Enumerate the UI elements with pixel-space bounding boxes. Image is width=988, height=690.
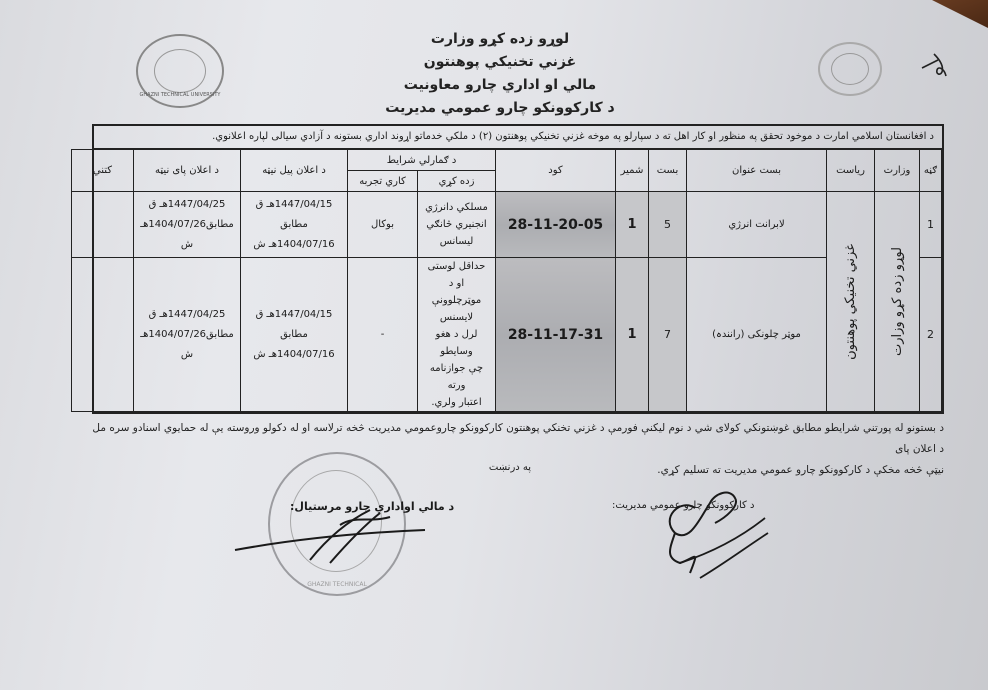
education-line: ليسانس bbox=[424, 233, 489, 250]
ministry-cell: لوړو زده کړو وزارت bbox=[875, 192, 920, 412]
education-line: لرل د هغو وسايطو bbox=[424, 326, 489, 360]
header-directorate: د کارکوونکو چارو عمومي مديريت bbox=[350, 97, 650, 120]
header-university: غزني تخنيکي پوهنتون bbox=[350, 51, 650, 74]
stamp-caption: GHAZNI TECHNICAL bbox=[270, 581, 404, 588]
count: 1 bbox=[616, 258, 649, 412]
date-line: 1404/07/16هـ ش bbox=[241, 235, 347, 255]
handwritten-mark-icon bbox=[920, 50, 950, 80]
presidency-cell: غزني تخنيکي پوهنتون bbox=[827, 192, 875, 412]
table-intro: د افغانستان اسلامي امارت د موخود تحقق په… bbox=[94, 126, 942, 149]
header-notes: کتني bbox=[72, 150, 134, 192]
notes bbox=[72, 192, 134, 258]
experience-requirement: - bbox=[348, 258, 418, 412]
header-announce-start: د اعلان پيل نيټه bbox=[241, 150, 348, 192]
header-experience: کاري تجربه bbox=[348, 171, 418, 192]
header-count: شمير bbox=[616, 150, 649, 192]
education-line: چې جوازنامه ورته bbox=[424, 360, 489, 394]
date-line: 1404/07/16هـ ش bbox=[241, 345, 347, 365]
notes bbox=[72, 258, 134, 412]
grade: 5 bbox=[649, 192, 687, 258]
date-line: مطابق1404/07/26هـ ش bbox=[134, 215, 240, 255]
post-code: 28-11-17-31 bbox=[496, 258, 616, 412]
date-line: 1447/04/25هـ ق bbox=[134, 195, 240, 215]
education-line: مسلکي دانرژي bbox=[424, 199, 489, 216]
director-signature-icon bbox=[640, 478, 770, 588]
education-requirement: مسلکي دانرژي انجنيري څانګي ليسانس bbox=[418, 192, 496, 258]
education-line: حداقل لوستی او د bbox=[424, 258, 489, 292]
ministry-value: لوړو زده کړو وزارت bbox=[890, 247, 905, 356]
logo-emblem-icon bbox=[154, 49, 206, 93]
regards-text: په درنښت bbox=[470, 462, 550, 473]
presidency-value: غزني تخنيکي پوهنتون bbox=[843, 244, 858, 360]
announce-end-date: 1447/04/25هـ ق مطابق1404/07/26هـ ش bbox=[134, 258, 241, 412]
ministry-logo bbox=[818, 42, 882, 96]
header-announce-end: د اعلان پای نيټه bbox=[134, 150, 241, 192]
header-ministry: لوړو زده کړو وزارت bbox=[350, 28, 650, 51]
count: 1 bbox=[616, 192, 649, 258]
announce-start-date: 1447/04/15هـ ق مطابق 1404/07/16هـ ش bbox=[241, 192, 348, 258]
vacancy-table-container: د افغانستان اسلامي امارت د موخود تحقق په… bbox=[92, 124, 944, 414]
header-code: کود bbox=[496, 150, 616, 192]
header-post-title: بست عنوان bbox=[687, 150, 827, 192]
row-number: 1 bbox=[920, 192, 942, 258]
header-presidency: رياست bbox=[827, 150, 875, 192]
date-line: مطابق1404/07/26هـ ش bbox=[134, 325, 240, 365]
row-number: 2 bbox=[920, 258, 942, 412]
header-deputy: مالي او اداري چارو معاونيت bbox=[350, 74, 650, 97]
education-line: موټرچلوونې لايسنس bbox=[424, 292, 489, 326]
header-requirements: د ګمارلي شرايط bbox=[348, 150, 496, 171]
education-line: انجنيري څانګي bbox=[424, 216, 489, 233]
experience-requirement: بوکال bbox=[348, 192, 418, 258]
ministry-emblem-icon bbox=[831, 53, 869, 85]
header-number: ګڼه bbox=[920, 150, 942, 192]
table-row: 1 لوړو زده کړو وزارت غزني تخنيکي پوهنتون… bbox=[72, 192, 942, 258]
deputy-signature-icon bbox=[230, 505, 430, 565]
vacancy-table: ګڼه وزارت رياست بست عنوان بست شمير کود د… bbox=[71, 149, 942, 412]
table-row: 2 موټر چلونکی (رانندہ) 7 1 28-11-17-31 ح… bbox=[72, 258, 942, 412]
header-grade: بست bbox=[649, 150, 687, 192]
desk-edge bbox=[918, 0, 988, 28]
date-line: 1447/04/15هـ ق مطابق bbox=[241, 195, 347, 235]
header-education: زده کړي bbox=[418, 171, 496, 192]
date-line: 1447/04/25هـ ق bbox=[134, 305, 240, 325]
post-title: موټر چلونکی (رانندہ) bbox=[687, 258, 827, 412]
logo-caption: GHAZNI TECHNICAL UNIVERSITY bbox=[140, 92, 221, 98]
date-line: 1447/04/15هـ ق مطابق bbox=[241, 305, 347, 345]
post-code: 28-11-20-05 bbox=[496, 192, 616, 258]
university-logo: GHAZNI TECHNICAL UNIVERSITY bbox=[136, 34, 224, 108]
education-requirement: حداقل لوستی او د موټرچلوونې لايسنس لرل د… bbox=[418, 258, 496, 412]
announce-start-date: 1447/04/15هـ ق مطابق 1404/07/16هـ ش bbox=[241, 258, 348, 412]
post-title: لابرانت انرژي bbox=[687, 192, 827, 258]
instructions-line-1: د بستونو له پورتني شرايطو مطابق غوښتونکي… bbox=[92, 418, 944, 460]
education-line: اعتبار ولري. bbox=[424, 394, 489, 411]
grade: 7 bbox=[649, 258, 687, 412]
announce-end-date: 1447/04/25هـ ق مطابق1404/07/26هـ ش bbox=[134, 192, 241, 258]
document-header: لوړو زده کړو وزارت غزني تخنيکي پوهنتون م… bbox=[350, 28, 650, 120]
header-ministry: وزارت bbox=[875, 150, 920, 192]
